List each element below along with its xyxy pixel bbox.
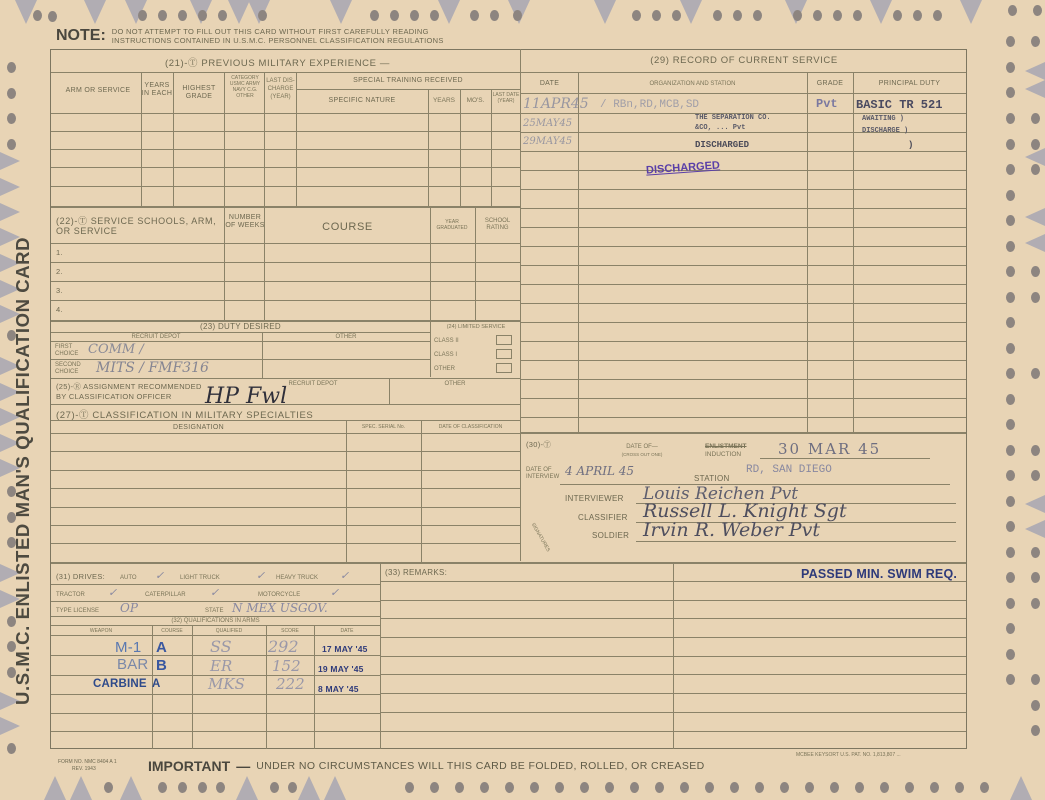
note-banner: NOTE: DO NOT ATTEMPT TO FILL OUT THIS CA… xyxy=(56,27,444,45)
card-title: U.S.M.C. ENLISTED MAN'S QUALIFICATION CA… xyxy=(12,237,34,705)
divider xyxy=(51,332,430,333)
soldier-label: SOLDIER xyxy=(592,532,629,540)
punch-hole xyxy=(1006,572,1015,583)
punch-hole xyxy=(855,782,864,793)
edge-notch xyxy=(228,0,250,24)
col-highest-grade: HIGHEST GRADE xyxy=(175,85,223,101)
punch-hole xyxy=(480,782,489,793)
assignment-handwritten[interactable]: HP Fwl xyxy=(205,384,287,409)
divider xyxy=(521,341,966,342)
edge-notch xyxy=(44,776,66,800)
col-other: OTHER xyxy=(262,334,430,340)
divider xyxy=(521,72,966,73)
edge-notch xyxy=(330,0,352,24)
type-license-value[interactable]: OP xyxy=(120,601,138,615)
heavy-truck-label: HEAVY TRUCK xyxy=(276,575,318,581)
punch-hole xyxy=(1006,343,1015,354)
date[interactable]: 8 MAY '45 xyxy=(318,684,359,694)
punch-hole xyxy=(853,10,862,21)
divider xyxy=(521,398,966,399)
col-category: CATEGORY USMC ARMY NAVY C.G. OTHER xyxy=(226,75,264,99)
class-1-checkbox[interactable] xyxy=(496,349,512,359)
punch-hole xyxy=(1031,470,1040,481)
qualified[interactable]: ER xyxy=(210,657,232,675)
divider xyxy=(521,265,966,266)
divider xyxy=(51,72,520,73)
divider xyxy=(51,543,520,544)
light-truck-label: LIGHT TRUCK xyxy=(180,575,220,581)
first-choice-label: FIRST CHOICE xyxy=(55,344,89,358)
section-29-title: (29) RECORD OF CURRENT SERVICE xyxy=(521,55,967,66)
edge-notch xyxy=(1025,62,1045,80)
qualification-card: U.S.M.C. ENLISTED MAN'S QUALIFICATION CA… xyxy=(0,0,1045,800)
divider xyxy=(475,207,476,320)
punch-hole xyxy=(158,10,167,21)
punch-hole xyxy=(7,62,16,73)
score[interactable]: 222 xyxy=(276,675,305,693)
edge-notch xyxy=(70,776,92,800)
punch-hole xyxy=(216,782,225,793)
punch-hole xyxy=(1006,521,1015,532)
col-course: COURSE xyxy=(265,221,430,233)
punch-hole xyxy=(1031,292,1040,303)
date-of-label: DATE OF— xyxy=(612,444,672,450)
induction-label: INDUCTION xyxy=(705,452,741,458)
punch-hole xyxy=(1031,445,1040,456)
divider xyxy=(381,693,966,694)
punch-hole xyxy=(905,782,914,793)
punch-hole xyxy=(630,782,639,793)
punch-hole xyxy=(1006,164,1015,175)
punch-hole xyxy=(198,782,207,793)
punch-hole xyxy=(1006,292,1015,303)
first-choice-value[interactable]: COMM / xyxy=(88,342,144,357)
interview-date-label: DATE OF INTERVIEW xyxy=(526,467,562,481)
punch-hole xyxy=(7,743,16,754)
entry-duty[interactable]: ) xyxy=(908,140,913,150)
punch-hole xyxy=(1006,139,1015,150)
edge-notch xyxy=(438,0,460,24)
punch-hole xyxy=(138,10,147,21)
soldier-signature[interactable]: Irvin R. Weber Pvt xyxy=(643,519,820,541)
col-years-in-each: YEARS IN EACH xyxy=(141,82,173,98)
col-date-of-classification: DATE OF CLASSIFICATION xyxy=(421,424,520,430)
punch-hole xyxy=(178,10,187,21)
divider xyxy=(807,72,808,432)
edge-notch xyxy=(1025,495,1045,513)
punch-hole xyxy=(258,10,267,21)
punch-hole xyxy=(955,782,964,793)
edge-notch xyxy=(1025,208,1045,226)
punch-hole xyxy=(605,782,614,793)
punch-hole xyxy=(490,10,499,21)
divider xyxy=(51,584,380,585)
divider xyxy=(51,625,380,626)
punch-hole xyxy=(1008,5,1017,16)
divider xyxy=(51,262,520,263)
punch-hole xyxy=(733,10,742,21)
row-number: 3. xyxy=(56,287,63,295)
entry-organization[interactable]: &CO, ... Pvt xyxy=(695,124,745,132)
punch-hole xyxy=(652,10,661,21)
auto-check[interactable]: ✓ xyxy=(155,569,164,582)
divider xyxy=(521,246,966,247)
divider xyxy=(51,713,380,714)
divider xyxy=(51,635,380,636)
punch-hole xyxy=(555,782,564,793)
divider xyxy=(430,207,431,377)
punch-hole xyxy=(713,10,722,21)
edge-notch xyxy=(120,776,142,800)
drives-title: (31) DRIVES: xyxy=(56,573,105,581)
punch-hole xyxy=(1031,725,1040,736)
col-date: DATE xyxy=(314,628,380,634)
divider xyxy=(381,618,966,619)
punch-hole xyxy=(1033,5,1042,16)
auto-label: AUTO xyxy=(120,575,137,581)
weapon[interactable]: M-1 xyxy=(115,639,141,656)
punch-hole xyxy=(270,782,279,793)
course[interactable]: B xyxy=(156,657,167,674)
important-message: UNDER NO CIRCUMSTANCES WILL THIS CARD BE… xyxy=(256,760,704,772)
note-label: NOTE: xyxy=(56,27,106,45)
punch-hole xyxy=(1006,419,1015,430)
qualified[interactable]: MKS xyxy=(208,675,245,693)
divider xyxy=(521,379,966,380)
punch-hole xyxy=(1006,36,1015,47)
divider xyxy=(51,562,966,564)
cross-out-label: (CROSS OUT ONE) xyxy=(612,452,672,458)
punch-hole xyxy=(198,10,207,21)
qualified[interactable]: SS xyxy=(210,637,232,656)
punch-hole xyxy=(1006,241,1015,252)
punch-hole xyxy=(7,113,16,124)
col-grade: GRADE xyxy=(807,80,853,88)
other-label: OTHER xyxy=(434,366,455,372)
col-organization: ORGANIZATION AND STATION xyxy=(578,81,807,87)
punch-hole xyxy=(1006,674,1015,685)
entry-grade[interactable]: Pvt xyxy=(816,97,838,111)
punch-hole xyxy=(680,782,689,793)
divider xyxy=(520,49,521,561)
important-label: IMPORTANT xyxy=(148,758,230,774)
punch-hole xyxy=(1006,394,1015,405)
punch-hole xyxy=(1006,649,1015,660)
punch-hole xyxy=(455,782,464,793)
entry-organization[interactable]: / RBn,RD,MCB,SD xyxy=(600,99,699,111)
divider xyxy=(51,131,520,132)
induction-date[interactable]: 30 MAR 45 xyxy=(778,440,881,458)
punch-hole xyxy=(1031,547,1040,558)
section-22-title: (22)-Ⓣ SERVICE SCHOOLS, ARM, OR SERVICE xyxy=(56,216,226,236)
punch-hole xyxy=(672,10,681,21)
divider xyxy=(51,731,380,732)
edge-notch xyxy=(0,203,20,221)
punch-hole xyxy=(1031,113,1040,124)
date[interactable]: 17 MAY '45 xyxy=(322,644,368,654)
divider xyxy=(381,600,966,601)
tractor-check[interactable]: ✓ xyxy=(108,586,117,599)
col-specific-nature: SPECIFIC NATURE xyxy=(296,97,428,105)
punch-hole xyxy=(430,782,439,793)
divider xyxy=(521,417,966,418)
punch-hole xyxy=(1006,113,1015,124)
punch-hole xyxy=(1006,368,1015,379)
punch-hole xyxy=(1031,164,1040,175)
col-special-training: SPECIAL TRAINING RECEIVED xyxy=(296,77,520,85)
punch-hole xyxy=(980,782,989,793)
edge-notch xyxy=(236,776,258,800)
divider xyxy=(296,72,297,206)
section-32-title: (32) QUALIFICATIONS IN ARMS xyxy=(51,618,380,624)
divider xyxy=(51,601,380,602)
col-weapon: WEAPON xyxy=(51,628,151,634)
punch-hole xyxy=(930,782,939,793)
section-25-title: (25)-Ⓡ ASSIGNMENT RECOMMENDED xyxy=(56,383,202,391)
punch-hole xyxy=(505,782,514,793)
col-course: COURSE xyxy=(152,628,192,634)
punch-hole xyxy=(48,11,57,22)
divider xyxy=(521,227,966,228)
divider xyxy=(578,72,579,432)
divider xyxy=(521,208,966,209)
edge-notch xyxy=(870,0,892,24)
divider xyxy=(51,378,520,379)
row-number: 2. xyxy=(56,268,63,276)
punch-hole xyxy=(1031,368,1040,379)
class-1-label: CLASS I xyxy=(434,352,457,358)
other-label: OTHER xyxy=(390,381,520,387)
col-recruit-depot: RECRUIT DEPOT xyxy=(51,334,261,340)
motorcycle-check[interactable]: ✓ xyxy=(330,586,339,599)
punch-hole xyxy=(780,782,789,793)
punch-hole xyxy=(1031,598,1040,609)
punch-hole xyxy=(178,782,187,793)
divider xyxy=(51,300,520,301)
station-value[interactable]: RD, SAN DIEGO xyxy=(746,464,832,476)
entry-organization[interactable]: DISCHARGED xyxy=(695,140,749,150)
divider xyxy=(264,207,265,320)
section-25-subtitle: BY CLASSIFICATION OFFICER xyxy=(56,393,172,401)
divider xyxy=(51,488,520,489)
divider xyxy=(51,507,520,508)
divider xyxy=(521,322,966,323)
edge-notch xyxy=(0,717,20,735)
divider xyxy=(51,616,380,617)
punch-hole xyxy=(1006,623,1015,634)
punch-hole xyxy=(893,10,902,21)
divider xyxy=(51,113,520,114)
divider xyxy=(521,303,966,304)
weapon[interactable]: BAR xyxy=(117,656,148,673)
punch-hole xyxy=(430,10,439,21)
footer: FORM NO. NMC 8404 A 1 REV. 1943 IMPORTAN… xyxy=(58,758,978,774)
divider xyxy=(51,404,520,405)
divider xyxy=(381,581,966,582)
punch-hole xyxy=(7,88,16,99)
form-frame xyxy=(50,49,967,749)
punch-hole xyxy=(1031,700,1040,711)
punch-hole xyxy=(1031,266,1040,277)
divider xyxy=(636,541,956,542)
divider xyxy=(760,458,930,459)
divider xyxy=(224,72,225,206)
punch-hole xyxy=(470,10,479,21)
punch-hole xyxy=(580,782,589,793)
type-license-label: TYPE LICENSE xyxy=(56,608,99,614)
col-date: DATE xyxy=(521,80,578,88)
date[interactable]: 19 MAY '45 xyxy=(318,664,364,674)
course[interactable]: A xyxy=(152,678,161,690)
entry-duty[interactable]: AWAITING ) xyxy=(862,115,904,123)
punch-hole xyxy=(1031,36,1040,47)
divider xyxy=(381,731,966,732)
punch-hole xyxy=(705,782,714,793)
divider xyxy=(346,420,347,562)
divider xyxy=(381,637,966,638)
entry-organization[interactable]: THE SEPARATION CO. xyxy=(695,114,771,122)
punch-hole xyxy=(390,10,399,21)
punch-hole xyxy=(833,10,842,21)
row-number: 4. xyxy=(56,306,63,314)
col-qualified: QUALIFIED xyxy=(192,628,266,634)
punch-hole xyxy=(1031,572,1040,583)
punch-hole xyxy=(1006,598,1015,609)
divider xyxy=(51,320,520,322)
divider xyxy=(51,206,520,208)
punch-hole xyxy=(1006,215,1015,226)
edge-notch xyxy=(960,0,982,24)
other-checkbox[interactable] xyxy=(496,363,512,373)
col-spec-serial: SPEC. SERIAL No. xyxy=(346,424,421,430)
important-dash: — xyxy=(236,758,250,774)
caterpillar-label: CATERPILLAR xyxy=(145,592,186,598)
col-arm-or-service: ARM OR SERVICE xyxy=(56,87,140,95)
col-principal-duty: PRINCIPAL DUTY xyxy=(853,80,966,88)
classifier-label: CLASSIFIER xyxy=(578,514,628,522)
tractor-label: TRACTOR xyxy=(56,592,85,598)
punch-hole xyxy=(1006,87,1015,98)
divider xyxy=(521,284,966,285)
interview-date[interactable]: 4 APRIL 45 xyxy=(565,464,634,478)
col-school-rating: SCHOOL RATING xyxy=(475,218,520,232)
punch-hole xyxy=(1006,470,1015,481)
punch-hole xyxy=(513,10,522,21)
edge-notch xyxy=(594,0,616,24)
col-year-graduated: YEAR GRADUATED xyxy=(430,219,474,231)
row-number: 1. xyxy=(56,249,63,257)
punch-hole xyxy=(1006,266,1015,277)
punch-hole xyxy=(158,782,167,793)
edge-notch xyxy=(680,0,702,24)
divider xyxy=(521,189,966,190)
divider xyxy=(381,674,966,675)
enlistment-label: ENLISTMENT xyxy=(705,444,747,450)
edge-notch xyxy=(324,776,346,800)
edge-notch xyxy=(0,152,20,170)
edge-notch xyxy=(84,0,106,24)
punch-hole xyxy=(218,10,227,21)
punch-hole xyxy=(1006,547,1015,558)
weapon[interactable]: CARBINE xyxy=(93,678,147,690)
divider xyxy=(491,89,492,206)
divider xyxy=(521,432,966,434)
punch-hole xyxy=(410,10,419,21)
col-last-discharge: LAST DIS-CHARGE (YEAR) xyxy=(265,77,296,101)
col-years: YEARS xyxy=(428,98,460,104)
punch-hole xyxy=(288,782,297,793)
entry-duty[interactable]: BASIC TR 521 xyxy=(856,98,942,112)
punch-hole xyxy=(655,782,664,793)
score[interactable]: 292 xyxy=(268,637,299,656)
divider xyxy=(51,433,520,434)
divider xyxy=(51,525,520,526)
heavy-truck-check[interactable]: ✓ xyxy=(340,569,349,582)
entry-duty[interactable]: DISCHARGE ) xyxy=(862,127,908,135)
divider xyxy=(51,694,380,695)
divider xyxy=(296,89,520,90)
interviewer-label: INTERVIEWER xyxy=(565,495,624,503)
state-value[interactable]: N MEX USGOV. xyxy=(232,601,328,615)
caterpillar-check[interactable]: ✓ xyxy=(210,586,219,599)
section-27-title: (27)-Ⓣ CLASSIFICATION IN MILITARY SPECIA… xyxy=(56,407,313,421)
swim-stamp: PASSED MIN. SWIM REQ. xyxy=(801,567,957,581)
course[interactable]: A xyxy=(156,639,167,656)
punch-hole xyxy=(405,782,414,793)
section-23-title: (23) DUTY DESIRED xyxy=(51,323,430,331)
edge-notch xyxy=(1010,776,1032,800)
divider xyxy=(389,378,390,404)
section-24-title: (24) LIMITED SERVICE xyxy=(432,324,520,330)
punch-hole xyxy=(1006,190,1015,201)
divider xyxy=(853,72,854,432)
punch-hole xyxy=(1031,674,1040,685)
divider xyxy=(51,470,520,471)
divider xyxy=(51,149,520,150)
divider xyxy=(460,89,461,206)
divider xyxy=(51,186,520,187)
form-number: FORM NO. NMC 8404 A 1 REV. 1943 xyxy=(58,759,148,773)
second-choice-value[interactable]: MITS / FMF316 xyxy=(96,360,209,376)
col-designation: DESIGNATION xyxy=(51,424,346,432)
second-choice-label: SECOND CHOICE xyxy=(55,362,89,376)
punch-hole xyxy=(1006,317,1015,328)
divider xyxy=(521,360,966,361)
entry-date[interactable]: 11APR45 xyxy=(523,96,589,112)
score[interactable]: 152 xyxy=(272,657,301,675)
punch-hole xyxy=(632,10,641,21)
patent-notice: MCBEE KEYSORT U.S. PAT. NO. 1,813,807 ..… xyxy=(796,752,901,758)
col-mos: MO'S. xyxy=(460,98,491,104)
divider xyxy=(262,332,263,378)
divider xyxy=(51,420,520,421)
punch-hole xyxy=(1006,62,1015,73)
entry-date[interactable]: 29MAY45 xyxy=(523,136,572,147)
divider xyxy=(173,72,174,206)
punch-hole xyxy=(933,10,942,21)
punch-hole xyxy=(104,782,113,793)
divider xyxy=(51,167,520,168)
entry-date[interactable]: 25MAY45 xyxy=(523,118,572,129)
divider xyxy=(381,656,966,657)
station-label: STATION xyxy=(694,475,730,483)
light-truck-check[interactable]: ✓ xyxy=(256,569,265,582)
divider xyxy=(51,243,520,244)
punch-hole xyxy=(7,139,16,150)
edge-notch xyxy=(0,178,20,196)
divider xyxy=(521,151,966,152)
class-2-checkbox[interactable] xyxy=(496,335,512,345)
